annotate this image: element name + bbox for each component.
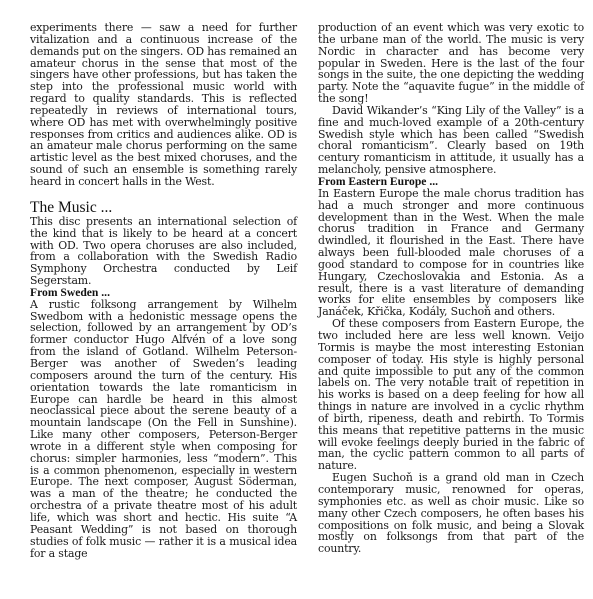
left-column: experiments there — saw a need for furth… <box>30 22 297 559</box>
eastern-europe-paragraph: In Eastern Europe the male chorus tradit… <box>318 188 584 318</box>
liner-notes-page: experiments there — saw a need for furth… <box>0 0 593 599</box>
wikander-paragraph: David Wikander’s “King Lily of the Valle… <box>318 105 584 176</box>
from-sweden-heading: From Sweden ... <box>30 287 297 299</box>
music-section-heading: The Music ... <box>30 200 297 216</box>
sweden-paragraph: A rustic folksong arrangement by Wilhelm… <box>30 299 297 560</box>
suchon-paragraph: Eugen Suchoň is a grand old man in Czech… <box>318 472 584 555</box>
intro-paragraph: experiments there — saw a need for furth… <box>30 22 297 188</box>
tormis-paragraph: Of these composers from Eastern Europe, … <box>318 318 584 472</box>
continued-paragraph: production of an event which was very ex… <box>318 22 584 105</box>
right-column: production of an event which was very ex… <box>318 22 584 555</box>
music-paragraph: This disc presents an international sele… <box>30 216 297 287</box>
